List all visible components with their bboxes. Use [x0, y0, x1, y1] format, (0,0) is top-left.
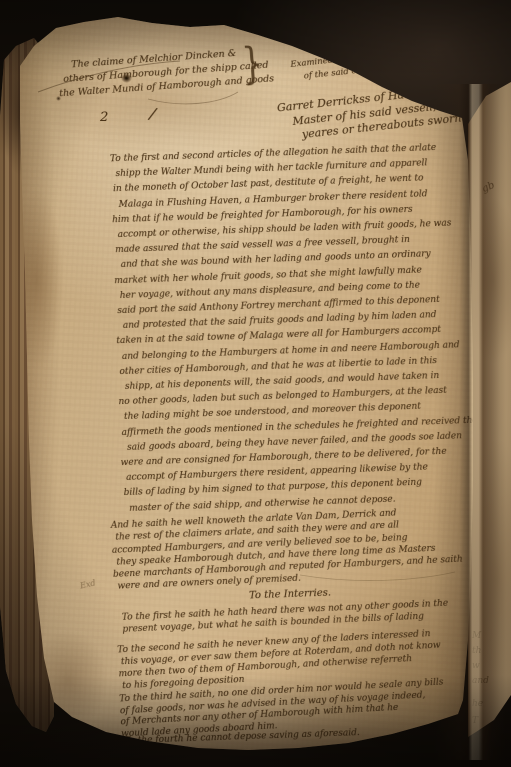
date-examination-note: Rec. 12th of December 16—Examined upon t…: [288, 26, 481, 85]
deposition-paragraph: To the first and second articles of the …: [110, 140, 479, 517]
handwritten-line: of the said claimers &c.: [303, 52, 481, 84]
docket-brace: }: [240, 37, 264, 90]
handwritten-line: Examined upon the allegation: [290, 39, 480, 72]
book-gutter-fold: [434, 84, 506, 760]
handwritten-line: Rec. 12th of December 16—: [312, 26, 478, 56]
manuscript-photograph: gb MthwandheT The claime of Melchior Din…: [0, 0, 511, 767]
deposition-continued-paragraph: And he saith he well knoweth the arlate …: [111, 504, 474, 593]
docket-figure-mark: 2: [100, 110, 108, 125]
